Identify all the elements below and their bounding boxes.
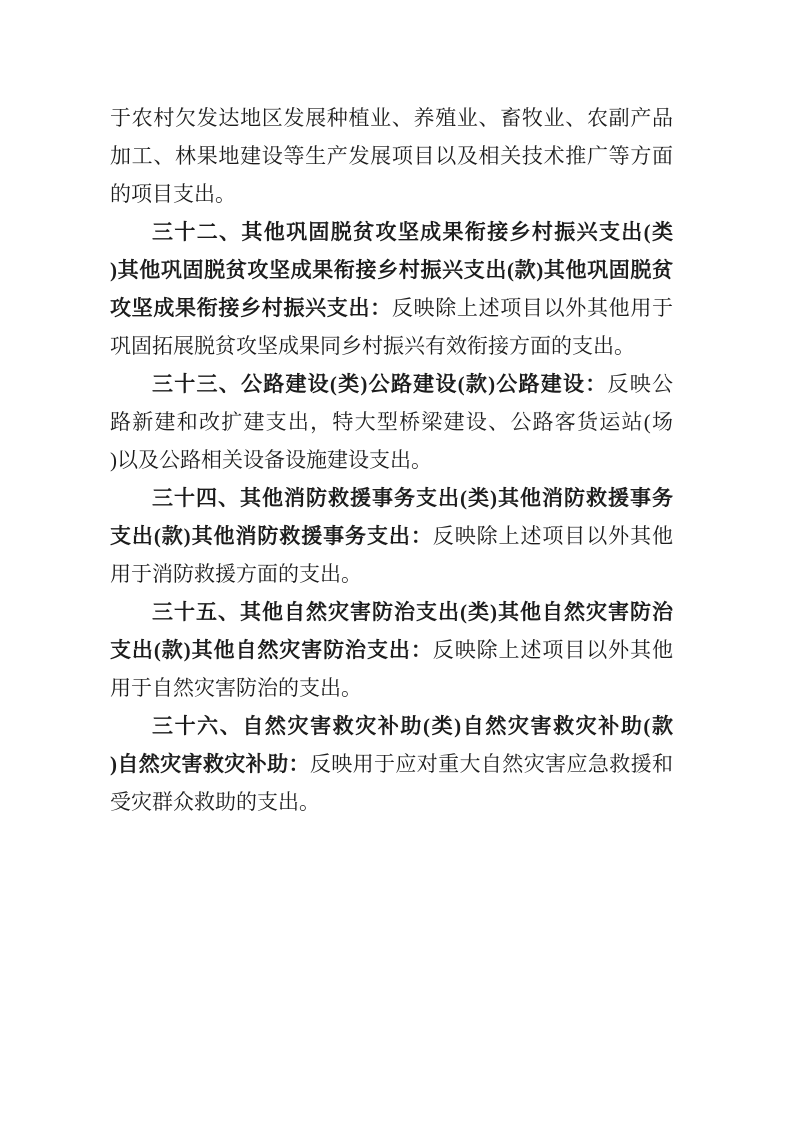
text-line: 受灾群众救助的支出。 [110, 783, 673, 821]
body-run: 于农村欠发达地区发展种植业、养殖业、畜牧业、农副产品 [110, 106, 673, 130]
text-line: 三十四、其他消防救援事务支出(类)其他消防救援事务 [110, 479, 673, 517]
heading-run: )自然灾害救灾补助： [110, 752, 310, 776]
heading-run: 支出(款)其他自然灾害防治支出： [110, 638, 433, 662]
body-run: 巩固拓展脱贫攻坚成果同乡村振兴有效衔接方面的支出。 [110, 334, 635, 358]
body-run: 用于自然灾害防治的支出。 [110, 676, 362, 700]
body-run: 路新建和改扩建支出，特大型桥梁建设、公路客货运站(场 [110, 410, 673, 434]
text-line: 路新建和改扩建支出，特大型桥梁建设、公路客货运站(场 [110, 403, 673, 441]
text-line: 用于自然灾害防治的支出。 [110, 669, 673, 707]
body-run: 反映除上述项目以外其他 [433, 638, 673, 662]
text-line: 支出(款)其他自然灾害防治支出：反映除上述项目以外其他 [110, 631, 673, 669]
text-line: )自然灾害救灾补助：反映用于应对重大自然灾害应急救援和 [110, 745, 673, 783]
body-run: 受灾群众救助的支出。 [110, 790, 320, 814]
text-line: 三十三、公路建设(类)公路建设(款)公路建设：反映公 [110, 365, 673, 403]
text-line: 三十五、其他自然灾害防治支出(类)其他自然灾害防治 [110, 593, 673, 631]
text-line: 三十二、其他巩固脱贫攻坚成果衔接乡村振兴支出(类 [110, 213, 673, 251]
heading-run: 三十三、公路建设(类)公路建设(款)公路建设： [152, 372, 608, 396]
text-line: )以及公路相关设备设施建设支出。 [110, 441, 673, 479]
body-run: 反映公 [608, 372, 673, 396]
text-line: )其他巩固脱贫攻坚成果衔接乡村振兴支出(款)其他巩固脱贫 [110, 251, 673, 289]
text-line: 巩固拓展脱贫攻坚成果同乡村振兴有效衔接方面的支出。 [110, 327, 673, 365]
heading-run: 三十二、其他巩固脱贫攻坚成果衔接乡村振兴支出(类 [152, 220, 673, 244]
body-run: 用于消防救援方面的支出。 [110, 562, 362, 586]
paragraph-item-33: 三十三、公路建设(类)公路建设(款)公路建设：反映公路新建和改扩建支出，特大型桥… [110, 365, 673, 479]
body-run: 反映除上述项目以外其他 [433, 524, 673, 548]
paragraph-item-36: 三十六、自然灾害救灾补助(类)自然灾害救灾补助(款)自然灾害救灾补助：反映用于应… [110, 707, 673, 821]
heading-run: )其他巩固脱贫攻坚成果衔接乡村振兴支出(款)其他巩固脱贫 [110, 258, 673, 282]
heading-run: 三十六、自然灾害救灾补助(类)自然灾害救灾补助(款 [152, 714, 673, 738]
text-line: 攻坚成果衔接乡村振兴支出：反映除上述项目以外其他用于 [110, 289, 673, 327]
paragraph-item-32: 三十二、其他巩固脱贫攻坚成果衔接乡村振兴支出(类)其他巩固脱贫攻坚成果衔接乡村振… [110, 213, 673, 365]
text-line: 于农村欠发达地区发展种植业、养殖业、畜牧业、农副产品 [110, 99, 673, 137]
body-run: 反映除上述项目以外其他用于 [392, 296, 673, 320]
paragraph-body-continuation: 于农村欠发达地区发展种植业、养殖业、畜牧业、农副产品加工、林果地建设等生产发展项… [110, 99, 673, 213]
text-line: 用于消防救援方面的支出。 [110, 555, 673, 593]
text-line: 加工、林果地建设等生产发展项目以及相关技术推广等方面 [110, 137, 673, 175]
document-body: 于农村欠发达地区发展种植业、养殖业、畜牧业、农副产品加工、林果地建设等生产发展项… [110, 99, 673, 821]
heading-run: 三十五、其他自然灾害防治支出(类)其他自然灾害防治 [152, 600, 673, 624]
text-line: 的项目支出。 [110, 175, 673, 213]
body-run: 的项目支出。 [110, 182, 236, 206]
text-line: 支出(款)其他消防救援事务支出：反映除上述项目以外其他 [110, 517, 673, 555]
body-run: 反映用于应对重大自然灾害应急救援和 [310, 752, 673, 776]
paragraph-item-35: 三十五、其他自然灾害防治支出(类)其他自然灾害防治支出(款)其他自然灾害防治支出… [110, 593, 673, 707]
document-page: 于农村欠发达地区发展种植业、养殖业、畜牧业、农副产品加工、林果地建设等生产发展项… [0, 0, 793, 1122]
heading-run: 三十四、其他消防救援事务支出(类)其他消防救援事务 [152, 486, 673, 510]
body-run: )以及公路相关设备设施建设支出。 [110, 448, 432, 472]
heading-run: 攻坚成果衔接乡村振兴支出： [110, 296, 392, 320]
body-run: 加工、林果地建设等生产发展项目以及相关技术推广等方面 [110, 144, 673, 168]
paragraph-item-34: 三十四、其他消防救援事务支出(类)其他消防救援事务支出(款)其他消防救援事务支出… [110, 479, 673, 593]
text-line: 三十六、自然灾害救灾补助(类)自然灾害救灾补助(款 [110, 707, 673, 745]
heading-run: 支出(款)其他消防救援事务支出： [110, 524, 433, 548]
